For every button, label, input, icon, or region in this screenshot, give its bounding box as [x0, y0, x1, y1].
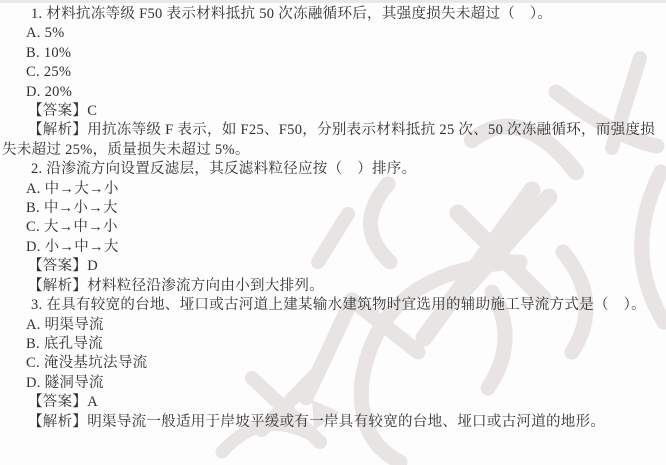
question-3-analysis-line: 【解析】明渠导流一般适用于岸坡平缓或有一岸具有较宽的台地、垭口或古河道的地形。 — [0, 413, 666, 432]
scanned-exam-page: 1. 材料抗冻等级 F50 表示材料抵抗 50 次冻融循环后，其强度损失未超过（… — [0, 0, 666, 465]
question-1-option-d: D. 20% — [0, 83, 666, 102]
question-2-option-a: A. 中→大→小 — [0, 180, 666, 199]
analysis-label: 【解析】 — [28, 278, 87, 294]
question-3: 3. 在具有较宽的台地、垭口或古河道上建某输水建筑物时宜选用的辅助施工导流方式是… — [0, 296, 666, 432]
question-2-option-c: C. 大→中→小 — [0, 218, 666, 237]
question-1-option-a: A. 5% — [0, 24, 666, 43]
question-3-stem: 3. 在具有较宽的台地、垭口或古河道上建某输水建筑物时宜选用的辅助施工导流方式是… — [0, 296, 666, 315]
question-3-answer-line: 【答案】A — [0, 393, 666, 412]
question-3-option-b: B. 底孔导流 — [0, 335, 666, 354]
question-1-option-c: C. 25% — [0, 63, 666, 82]
question-list: 1. 材料抗冻等级 F50 表示材料抵抗 50 次冻融循环后，其强度损失未超过（… — [0, 0, 666, 432]
analysis-text: 用抗冻等级 F 表示，如 F25、F50，分别表示材料抵抗 25 次、50 次冻… — [2, 122, 655, 157]
analysis-text: 材料粒径沿渗流方向由小到大排列。 — [87, 278, 324, 294]
question-2-option-d: D. 小→中→大 — [0, 238, 666, 257]
answer-label: 【答案】 — [28, 258, 87, 274]
analysis-label: 【解析】 — [28, 414, 87, 430]
analysis-text: 明渠导流一般适用于岸坡平缓或有一岸具有较宽的台地、垭口或古河道的地形。 — [87, 414, 605, 430]
answer-label: 【答案】 — [28, 103, 87, 119]
scan-top-edge — [0, 0, 666, 3]
question-1-answer-line: 【答案】C — [0, 102, 666, 121]
question-2: 2. 沿渗流方向设置反滤层，其反滤料粒径应按（ ）排序。 A. 中→大→小 B.… — [0, 160, 666, 296]
question-3-option-a: A. 明渠导流 — [0, 316, 666, 335]
question-1-option-b: B. 10% — [0, 44, 666, 63]
question-2-analysis-line: 【解析】材料粒径沿渗流方向由小到大排列。 — [0, 277, 666, 296]
answer-value: A — [87, 394, 98, 410]
question-2-option-b: B. 中→小→大 — [0, 199, 666, 218]
analysis-label: 【解析】 — [28, 122, 87, 138]
answer-value: C — [87, 103, 97, 119]
question-1-stem: 1. 材料抗冻等级 F50 表示材料抵抗 50 次冻融循环后，其强度损失未超过（… — [0, 5, 666, 24]
question-2-stem: 2. 沿渗流方向设置反滤层，其反滤料粒径应按（ ）排序。 — [0, 160, 666, 179]
question-3-option-d: D. 隧洞导流 — [0, 374, 666, 393]
question-1-analysis-line: 【解析】用抗冻等级 F 表示，如 F25、F50，分别表示材料抵抗 25 次、5… — [0, 121, 666, 160]
answer-label: 【答案】 — [28, 394, 87, 410]
question-2-answer-line: 【答案】D — [0, 257, 666, 276]
answer-value: D — [87, 258, 98, 274]
question-1: 1. 材料抗冻等级 F50 表示材料抵抗 50 次冻融循环后，其强度损失未超过（… — [0, 5, 666, 160]
question-3-option-c: C. 淹没基坑法导流 — [0, 354, 666, 373]
